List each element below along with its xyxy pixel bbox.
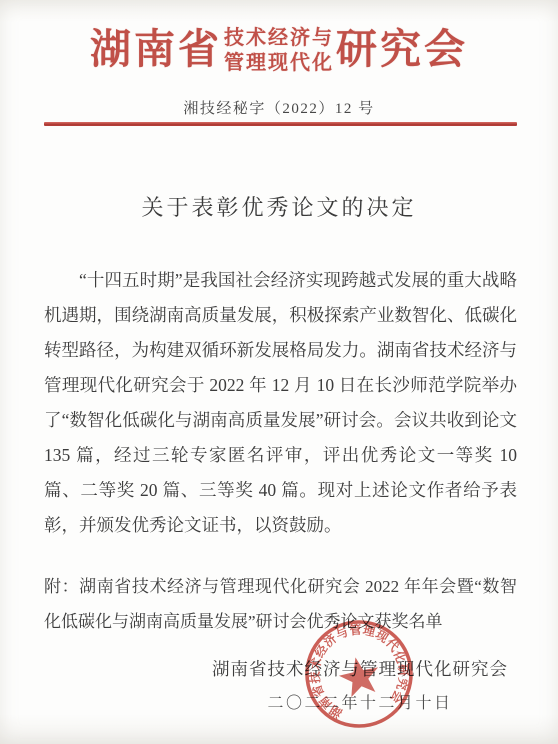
org-name-middle: 技术经济与 管理现代化 — [224, 24, 334, 76]
org-name-right: 研究会 — [336, 27, 468, 72]
org-mid-line2: 管理现代化 — [224, 51, 334, 76]
document-number: 湘技经秘字（2022）12 号 — [0, 97, 558, 118]
document-title: 关于表彰优秀论文的决定 — [0, 191, 558, 222]
org-name-left: 湖南省 — [90, 27, 222, 72]
document-page: 湖南省 技术经济与 管理现代化 研究会 湘技经秘字（2022）12 号 关于表彰… — [0, 0, 558, 744]
org-mid-line1: 技术经济与 — [224, 26, 334, 51]
letterhead: 湖南省 技术经济与 管理现代化 研究会 — [0, 24, 558, 76]
signature-block: 湖南省技术经济与管理现代化研究会 二〇二二年十二月十日 — [158, 656, 558, 713]
signature-org-name: 湖南省技术经济与管理现代化研究会 — [158, 656, 558, 681]
signature-date: 二〇二二年十二月十日 — [158, 690, 558, 713]
red-divider-rule — [44, 122, 517, 126]
body-paragraph: “十四五时期”是我国社会经济实现跨越式发展的重大战略机遇期，围绕湖南高质量发展，… — [44, 263, 517, 543]
attachment-note: 附：湖南省技术经济与管理现代化研究会 2022 年年会暨“数智化低碳化与湖南高质… — [44, 569, 517, 639]
